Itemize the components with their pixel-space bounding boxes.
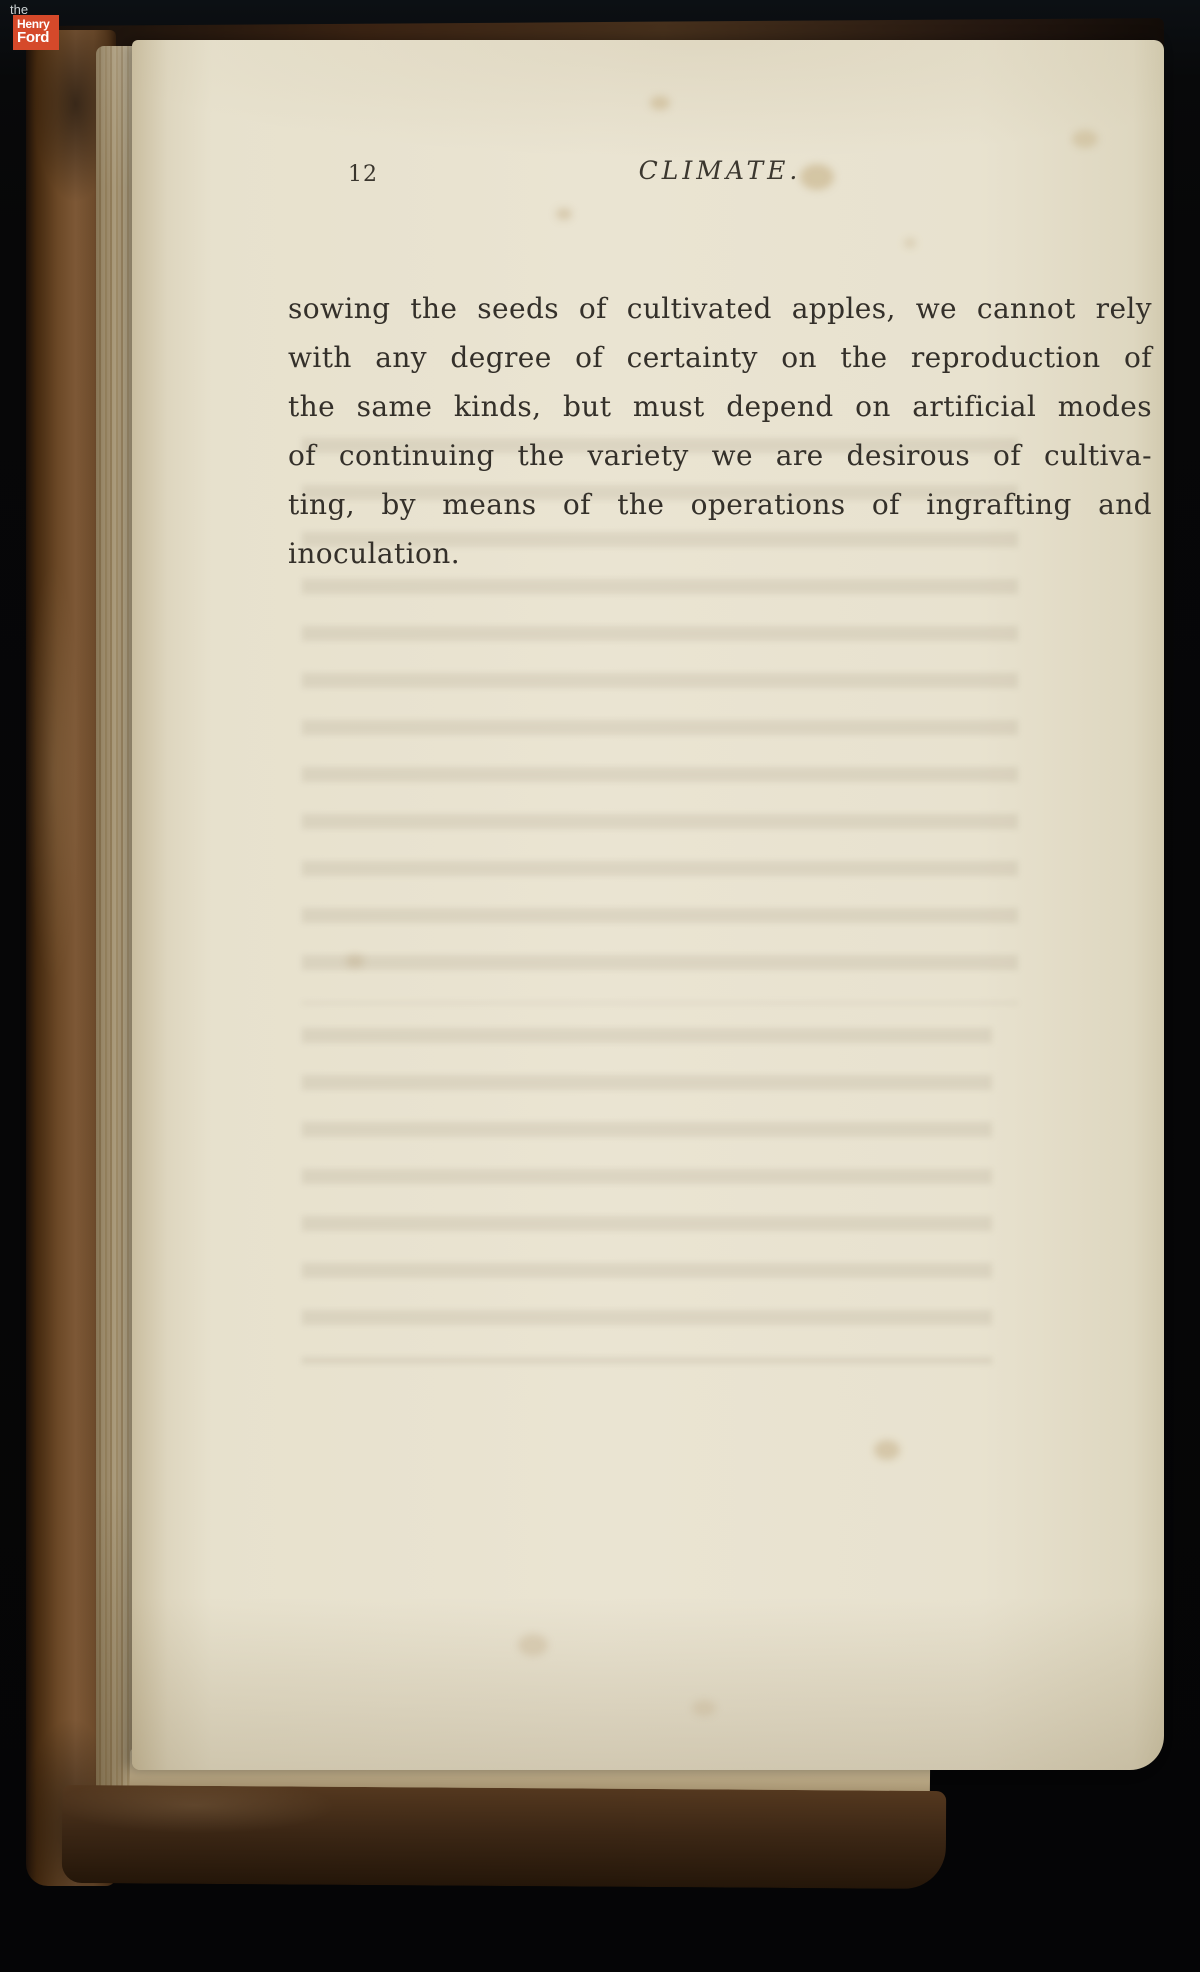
book-bottom-cover-edge [62, 1785, 947, 1889]
henry-ford-logo: the Henry Ford [0, 0, 72, 60]
running-header: CLIMATE. [288, 156, 1152, 185]
body-text-line: ting, by means of the operations of ingr… [288, 480, 1152, 529]
body-text-line: inoculation. [288, 529, 1152, 578]
body-text-line: of continuing the variety we are desirou… [288, 431, 1152, 480]
showthrough-text-block [302, 1028, 992, 1364]
foxing-spot [518, 1634, 548, 1656]
foxing-spot [692, 1700, 716, 1716]
foxing-spot [556, 208, 572, 220]
photo-backdrop: 12 CLIMATE. sowing the seeds of cultivat… [0, 0, 1200, 1972]
foxing-spot [346, 954, 364, 968]
logo-name-line2: Ford [17, 30, 59, 45]
foxing-spot [874, 1440, 900, 1460]
body-text-line: sowing the seeds of cultivated apples, w… [288, 284, 1152, 333]
body-text-line: with any degree of certainty on the repr… [288, 333, 1152, 382]
foxing-spot [650, 96, 670, 110]
body-paragraph: sowing the seeds of cultivated apples, w… [288, 284, 1152, 578]
foxing-spot [1072, 130, 1098, 148]
logo-red-box: Henry Ford [13, 15, 59, 50]
book-page: 12 CLIMATE. sowing the seeds of cultivat… [132, 40, 1164, 1770]
foxing-spot [904, 238, 916, 248]
body-text-line: the same kinds, but must depend on artif… [288, 382, 1152, 431]
